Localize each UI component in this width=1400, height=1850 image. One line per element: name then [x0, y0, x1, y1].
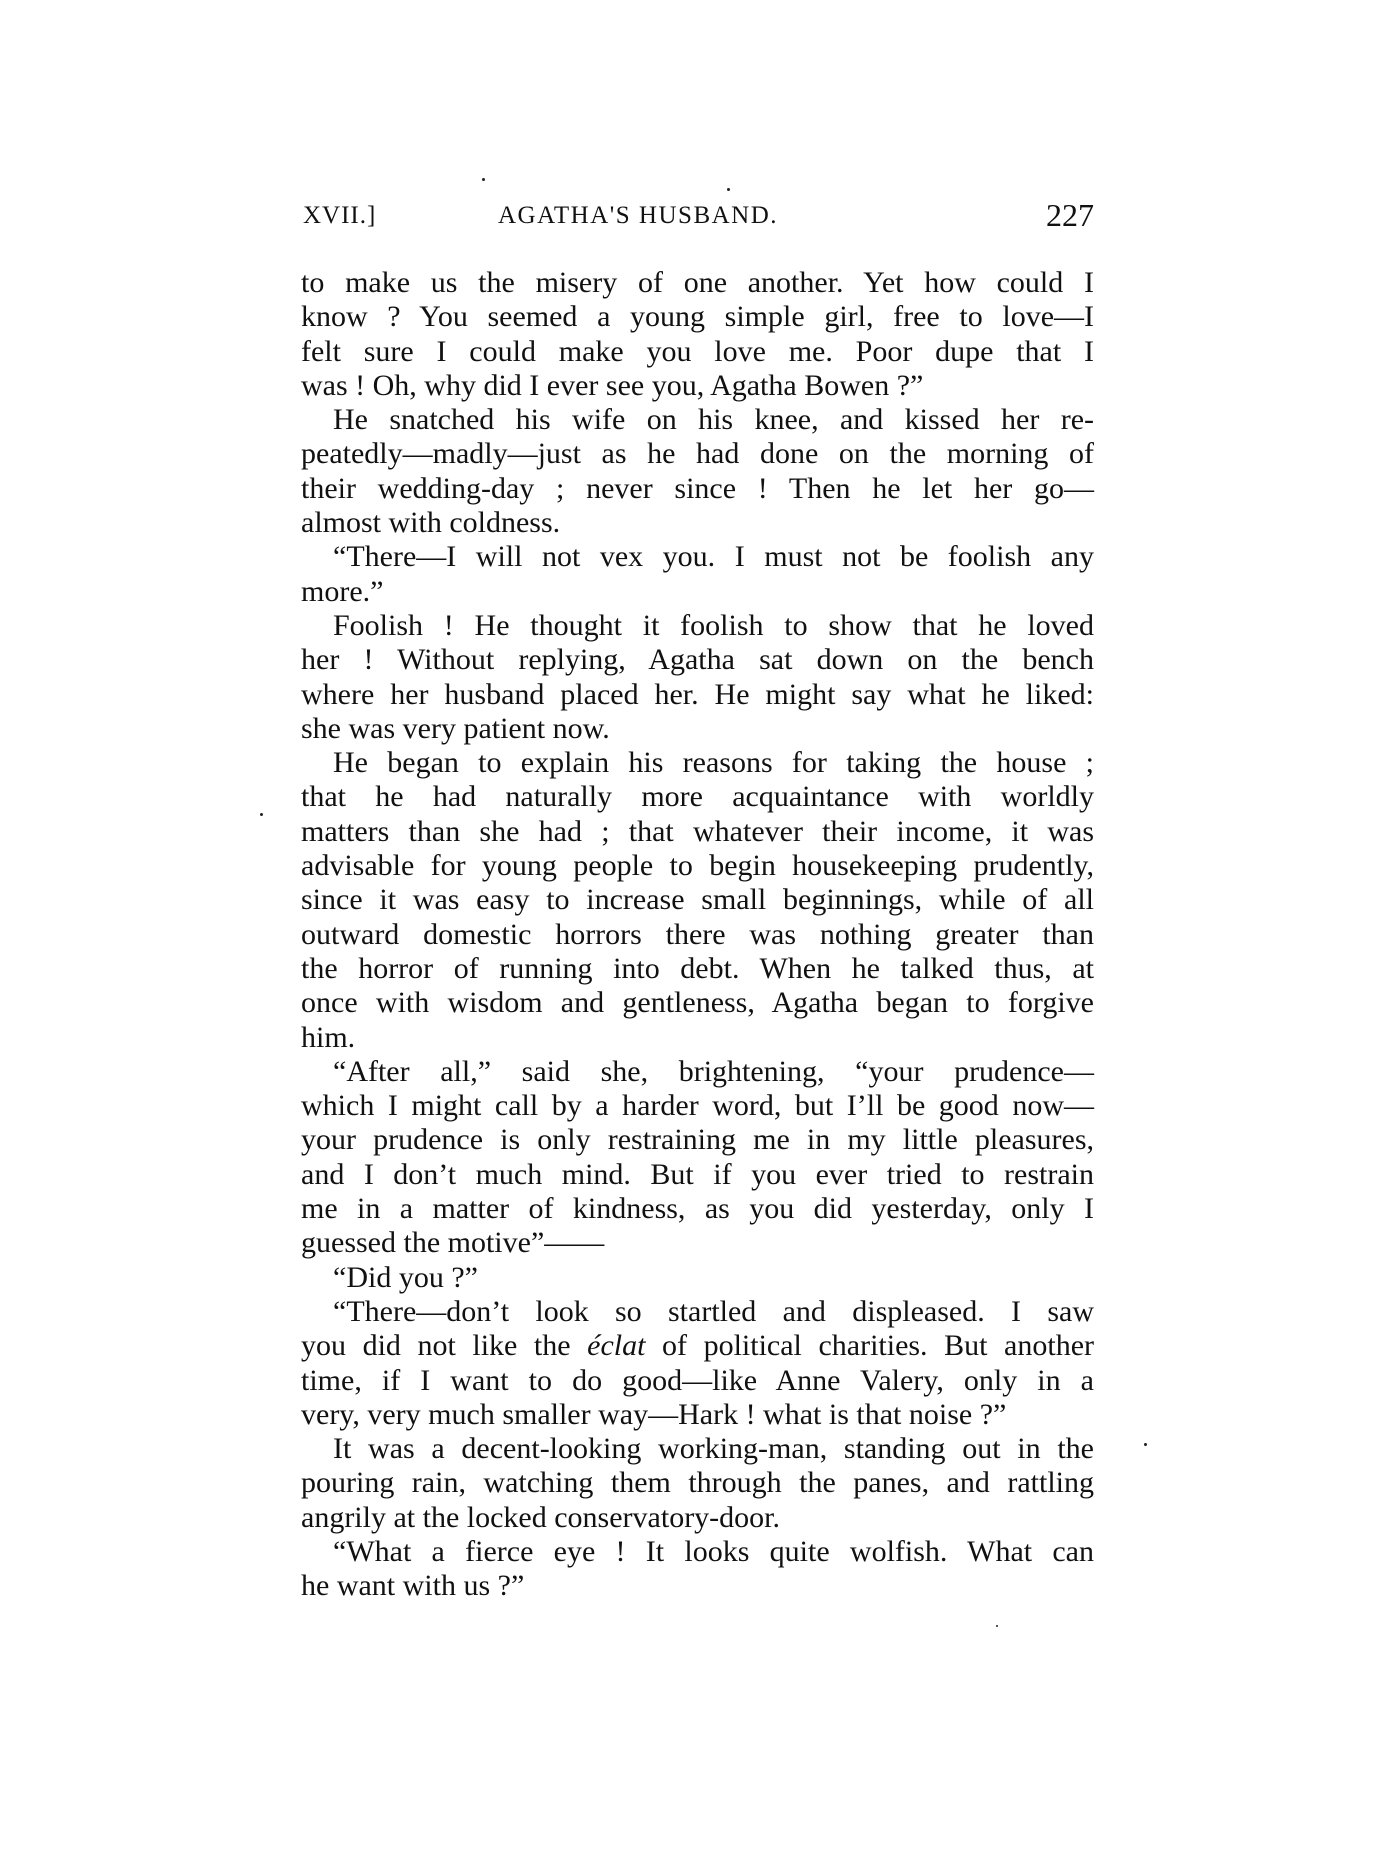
scan-speck	[482, 178, 485, 181]
text-line: to make us the misery of one another. Ye…	[301, 266, 1094, 300]
scan-speck	[996, 1625, 998, 1627]
text-line: It was a decent-looking working-man, sta…	[301, 1432, 1094, 1466]
text-line: outward domestic horrors there was nothi…	[301, 918, 1094, 952]
scan-speck	[1144, 1443, 1147, 1446]
text-line: Foolish ! He thought it foolish to show …	[301, 609, 1094, 643]
text-line: he want with us ?”	[301, 1569, 1094, 1603]
text-line: pouring rain, watching them through the …	[301, 1466, 1094, 1500]
text-line: where her husband placed her. He might s…	[301, 678, 1094, 712]
text-line: time, if I want to do good—like Anne Val…	[301, 1364, 1094, 1398]
text-line: peatedly—madly—just as he had done on th…	[301, 437, 1094, 471]
text-run: you did not like the	[301, 1329, 587, 1362]
running-head: XVII.] AGATHA'S HUSBAND. 227	[303, 198, 1094, 238]
text-line: more.”	[301, 575, 1094, 609]
text-line: matters than she had ; that whatever the…	[301, 815, 1094, 849]
text-line: angrily at the locked conservatory-door.	[301, 1501, 1094, 1535]
running-title: AGATHA'S HUSBAND.	[498, 202, 778, 230]
text-line: “There—I will not vex you. I must not be…	[301, 540, 1094, 574]
text-line: you did not like the éclat of political …	[301, 1329, 1094, 1363]
text-line: guessed the motive”——	[301, 1226, 1094, 1260]
text-line: “What a fierce eye ! It looks quite wolf…	[301, 1535, 1094, 1569]
text-line: and I don’t much mind. But if you ever t…	[301, 1158, 1094, 1192]
text-line: your prudence is only restraining me in …	[301, 1123, 1094, 1157]
italic-word: éclat	[587, 1329, 645, 1362]
text-line: He snatched his wife on his knee, and ki…	[301, 403, 1094, 437]
text-line: advisable for young people to begin hous…	[301, 849, 1094, 883]
text-line: that he had naturally more acquaintance …	[301, 780, 1094, 814]
text-line: “Did you ?”	[301, 1261, 1094, 1295]
body-text: to make us the misery of one another. Ye…	[301, 266, 1094, 1604]
chapter-marker: XVII.]	[303, 202, 376, 230]
book-page: XVII.] AGATHA'S HUSBAND. 227 to make us …	[0, 0, 1400, 1850]
scan-speck	[727, 188, 730, 191]
text-line: me in a matter of kindness, as you did y…	[301, 1192, 1094, 1226]
text-line: know ? You seemed a young simple girl, f…	[301, 300, 1094, 334]
text-line: “After all,” said she, brightening, “you…	[301, 1055, 1094, 1089]
text-line: the horror of running into debt. When he…	[301, 952, 1094, 986]
text-line: which I might call by a harder word, but…	[301, 1089, 1094, 1123]
text-line: very, very much smaller way—Hark ! what …	[301, 1398, 1094, 1432]
scan-speck	[260, 813, 263, 816]
text-line: “There—don’t look so startled and disple…	[301, 1295, 1094, 1329]
text-run: of political charities. But another	[645, 1329, 1094, 1362]
text-line: felt sure I could make you love me. Poor…	[301, 335, 1094, 369]
text-line: him.	[301, 1021, 1094, 1055]
page-number: 227	[1046, 197, 1094, 234]
text-line: almost with coldness.	[301, 506, 1094, 540]
text-line: she was very patient now.	[301, 712, 1094, 746]
text-line: was ! Oh, why did I ever see you, Agatha…	[301, 369, 1094, 403]
text-line: once with wisdom and gentleness, Agatha …	[301, 986, 1094, 1020]
text-line: He began to explain his reasons for taki…	[301, 746, 1094, 780]
text-line: since it was easy to increase small begi…	[301, 883, 1094, 917]
text-line: their wedding-day ; never since ! Then h…	[301, 472, 1094, 506]
text-line: her ! Without replying, Agatha sat down …	[301, 643, 1094, 677]
